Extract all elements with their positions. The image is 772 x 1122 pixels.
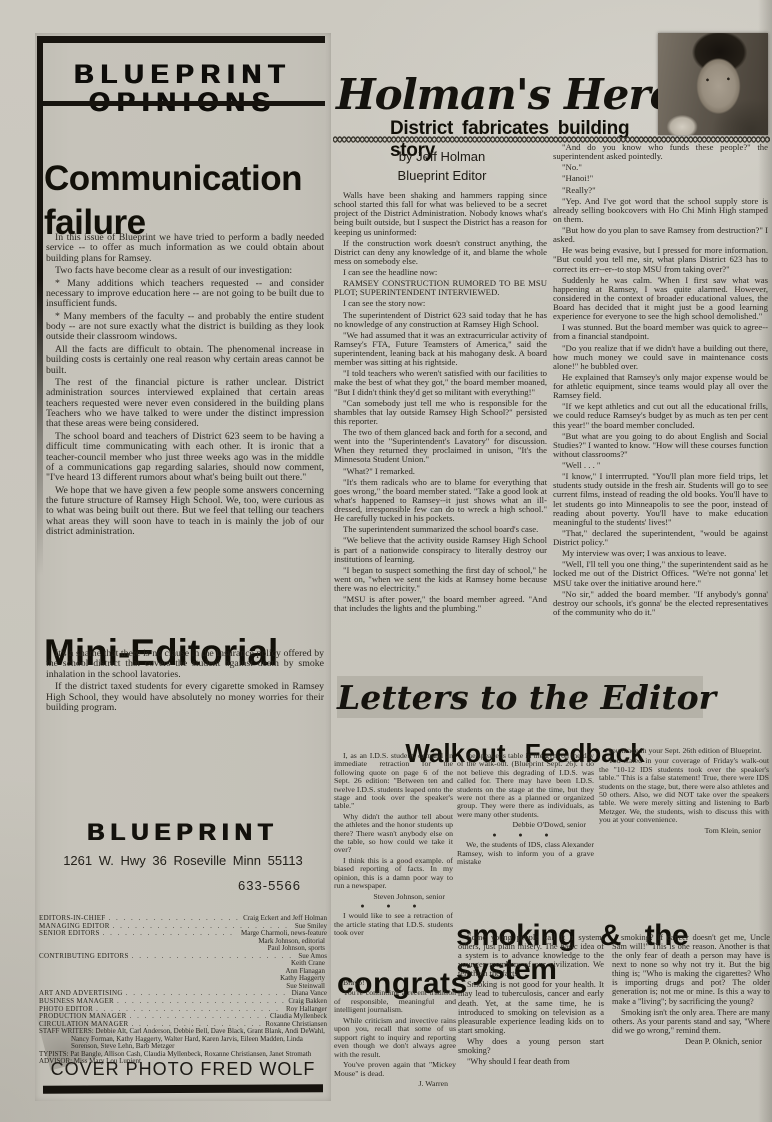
paragraph: Why does a young person start smoking?	[458, 1037, 604, 1055]
paragraph: "Why should I fear death from	[458, 1057, 604, 1066]
letter-signature: Steven Johnson, senior	[334, 893, 453, 901]
credit-line-continued: Keith Crane	[39, 960, 327, 968]
credit-line-continued: Kathy Haggerty	[39, 975, 327, 983]
paragraph: I was stunned. But the board member was …	[553, 323, 768, 341]
paragraph: The rest of the financial picture is rat…	[46, 378, 324, 430]
paragraph: Two facts have become clear as a result …	[46, 266, 324, 276]
paragraph: "It's them radicals who are to blame for…	[334, 478, 547, 524]
paragraph: "Really?"	[553, 186, 768, 195]
paragraph: It's a shame that there is no clause in …	[46, 649, 324, 680]
chain-divider	[333, 132, 770, 143]
paragraph: RAMSEY CONSTRUCTION RUMORED TO BE MSU PL…	[334, 279, 547, 297]
paragraph: You're continuing a recent tradition of …	[334, 989, 456, 1014]
paragraph: "If we kept athletics and cut out all th…	[553, 402, 768, 429]
column-title-holmans-heroes: Holman's Heroes	[336, 70, 656, 119]
paragraph: "Do you realize that if we didn't have a…	[553, 344, 768, 371]
paragraph: The superintendent summarized the school…	[334, 525, 547, 534]
paragraph: I can see the headline now:	[334, 268, 547, 277]
paragraph: Smoking isn't the only area. There are m…	[612, 1008, 770, 1035]
paragraph: I think this is a good example. of biase…	[334, 857, 453, 891]
mini-editorial-body: It's a shame that there is no clause in …	[46, 649, 324, 749]
cover-photo-credit: COVER PHOTO FRED WOLF	[49, 1059, 317, 1080]
page-edge-shadow	[758, 0, 772, 1122]
walkout-letters-column-2: the speaker's table in the gym on the da…	[457, 752, 594, 890]
paragraph: "I told teachers who weren't satisfied w…	[334, 369, 547, 396]
paragraph: Why didn't the author tell about the ath…	[334, 813, 453, 855]
communication-failure-body: In this issue of Blueprint we have tried…	[46, 233, 324, 601]
paragraph: I, as an I.D.S. student, demand an immed…	[334, 752, 453, 811]
paragraph: The superintendent of District 623 said …	[334, 311, 547, 329]
paragraph: "What?" I remarked.	[334, 467, 547, 476]
bottom-rule	[43, 1084, 323, 1093]
paragraph: The two of them glanced back and forth f…	[334, 428, 547, 465]
letter-signature: Dean P. Oknich, senior	[612, 1037, 770, 1046]
paragraph: Some young people call it a system; othe…	[458, 933, 604, 978]
smoking-letter-column-1: Some young people call it a system; othe…	[458, 933, 604, 1108]
letter-signature: Tom Klein, senior	[599, 827, 769, 835]
paragraph: We hope that we have given a few people …	[46, 486, 324, 538]
paragraph: "MSU is after power," the board member a…	[334, 595, 547, 613]
paragraph: You've proven again that "Mickey Mouse" …	[334, 1061, 456, 1078]
masthead-rule	[40, 101, 325, 106]
paragraph: "Hanoi!"	[553, 174, 768, 183]
top-rule	[40, 36, 325, 43]
paragraph: "Can somebody just tell me who is respon…	[334, 399, 547, 426]
paragraph: "No."	[553, 163, 768, 172]
blueprint-nameplate: BLUEPRINT	[70, 819, 296, 847]
walkout-letters-column-1: I, as an I.D.S. student, demand an immed…	[334, 752, 453, 944]
paragraph: Bravo!	[334, 979, 456, 987]
paragraph: you made in your Sept. 26th edition of B…	[599, 747, 769, 755]
paragraph: Smoking is not good for your health. It …	[458, 980, 604, 1034]
paragraph: "No sir," added the board member. "If an…	[553, 590, 768, 617]
masthead-blueprint-opinions: BLUEPRINT OPINIONS	[47, 60, 319, 116]
paragraph: smoking? If cancer doesn't get me, Uncle…	[612, 933, 770, 1006]
paragraph: "I began to suspect something the first …	[334, 566, 547, 593]
paragraph: If the district taxed students for every…	[46, 682, 324, 713]
paragraph: In this issue of Blueprint we have tried…	[46, 233, 324, 264]
paragraph: While criticism and invective rains upon…	[334, 1017, 456, 1059]
paragraph: "But how do you plan to save Ramsey from…	[553, 226, 768, 244]
paragraph: "That," declared the superintendent, "wo…	[553, 529, 768, 547]
paragraph: All the facts are difficult to obtain. T…	[46, 345, 324, 376]
holman-column-2: "And do you know who funds these people?…	[553, 143, 768, 675]
letter-signature: Debbie O'Dowd, senior	[457, 821, 594, 829]
walkout-letters-column-3: you made in your Sept. 26th edition of B…	[599, 747, 769, 893]
paragraph: "We believe that the activity ouside Ram…	[334, 536, 547, 563]
paragraph: "Yep. And I've got word that the school …	[553, 197, 768, 224]
paragraph: * Many members of the faculty -- and pro…	[46, 312, 324, 343]
paragraph: "Well, I'll tell you one thing," the sup…	[553, 560, 768, 587]
letter-separator: ● ● ●	[334, 903, 453, 911]
paragraph: I would like to see a retraction of the …	[334, 912, 453, 937]
letters-to-the-editor-banner: Letters to the Editor	[337, 676, 703, 718]
credit-line: CONTRIBUTING EDITORSSue Amos	[39, 953, 327, 961]
paragraph: He was being evasive, but I pressed for …	[553, 246, 768, 273]
headline-communication-failure: Communication failure	[44, 157, 324, 245]
paragraph: "I know," I interrrupted. "You'll plan m…	[553, 472, 768, 527]
newspaper-address: 1261 W. Hwy 36 Roseville Minn 55113	[49, 853, 317, 868]
paragraph: Walls have been shaking and hammers rapp…	[334, 191, 547, 237]
smoking-letter-column-2: smoking? If cancer doesn't get me, Uncle…	[612, 933, 770, 1101]
paragraph: My interview was over; I was anxious to …	[553, 549, 768, 558]
paragraph: the speaker's table in the gym on the da…	[457, 752, 594, 819]
paragraph: We, the students of IDS, class Alexander…	[457, 841, 594, 866]
paragraph: He explained that Ramsey's only major ex…	[553, 373, 768, 400]
blueprint-opinions-panel: BLUEPRINT OPINIONS Communication failure…	[35, 33, 331, 1101]
newspaper-phone: 633-5566	[49, 878, 301, 893]
holman-column-1: Walls have been shaking and hammers rapp…	[334, 191, 547, 675]
byline-jeff-holman: by Jeff Holman Blueprint Editor	[336, 148, 548, 186]
paragraph: "We had assumed that it was an extracurr…	[334, 331, 547, 368]
letter-separator: ● ● ●	[457, 832, 594, 840]
paragraph: Suddenly he was calm. 'When I first saw …	[553, 276, 768, 322]
paragraph: If the construction work doesn't constru…	[334, 239, 547, 266]
paragraph: "But what are you going to do about Engl…	[553, 432, 768, 459]
columnist-photo	[658, 33, 768, 135]
paragraph: The school board and teachers of Distric…	[46, 432, 324, 484]
paragraph: "And do you know who funds these people?…	[553, 143, 768, 161]
left-rule	[37, 36, 43, 576]
congrats-letter-body: Bravo!You're continuing a recent traditi…	[334, 979, 456, 1119]
paragraph: * Many additions which teachers requeste…	[46, 279, 324, 310]
paragraph: You stated in your coverage of Friday's …	[599, 757, 769, 824]
letter-signature: J. Warren	[334, 1080, 456, 1088]
newspaper-opinion-page: BLUEPRINT OPINIONS Communication failure…	[0, 0, 772, 1122]
paragraph: "Well . . . "	[553, 461, 768, 470]
paragraph: I can see the story now:	[334, 299, 547, 308]
